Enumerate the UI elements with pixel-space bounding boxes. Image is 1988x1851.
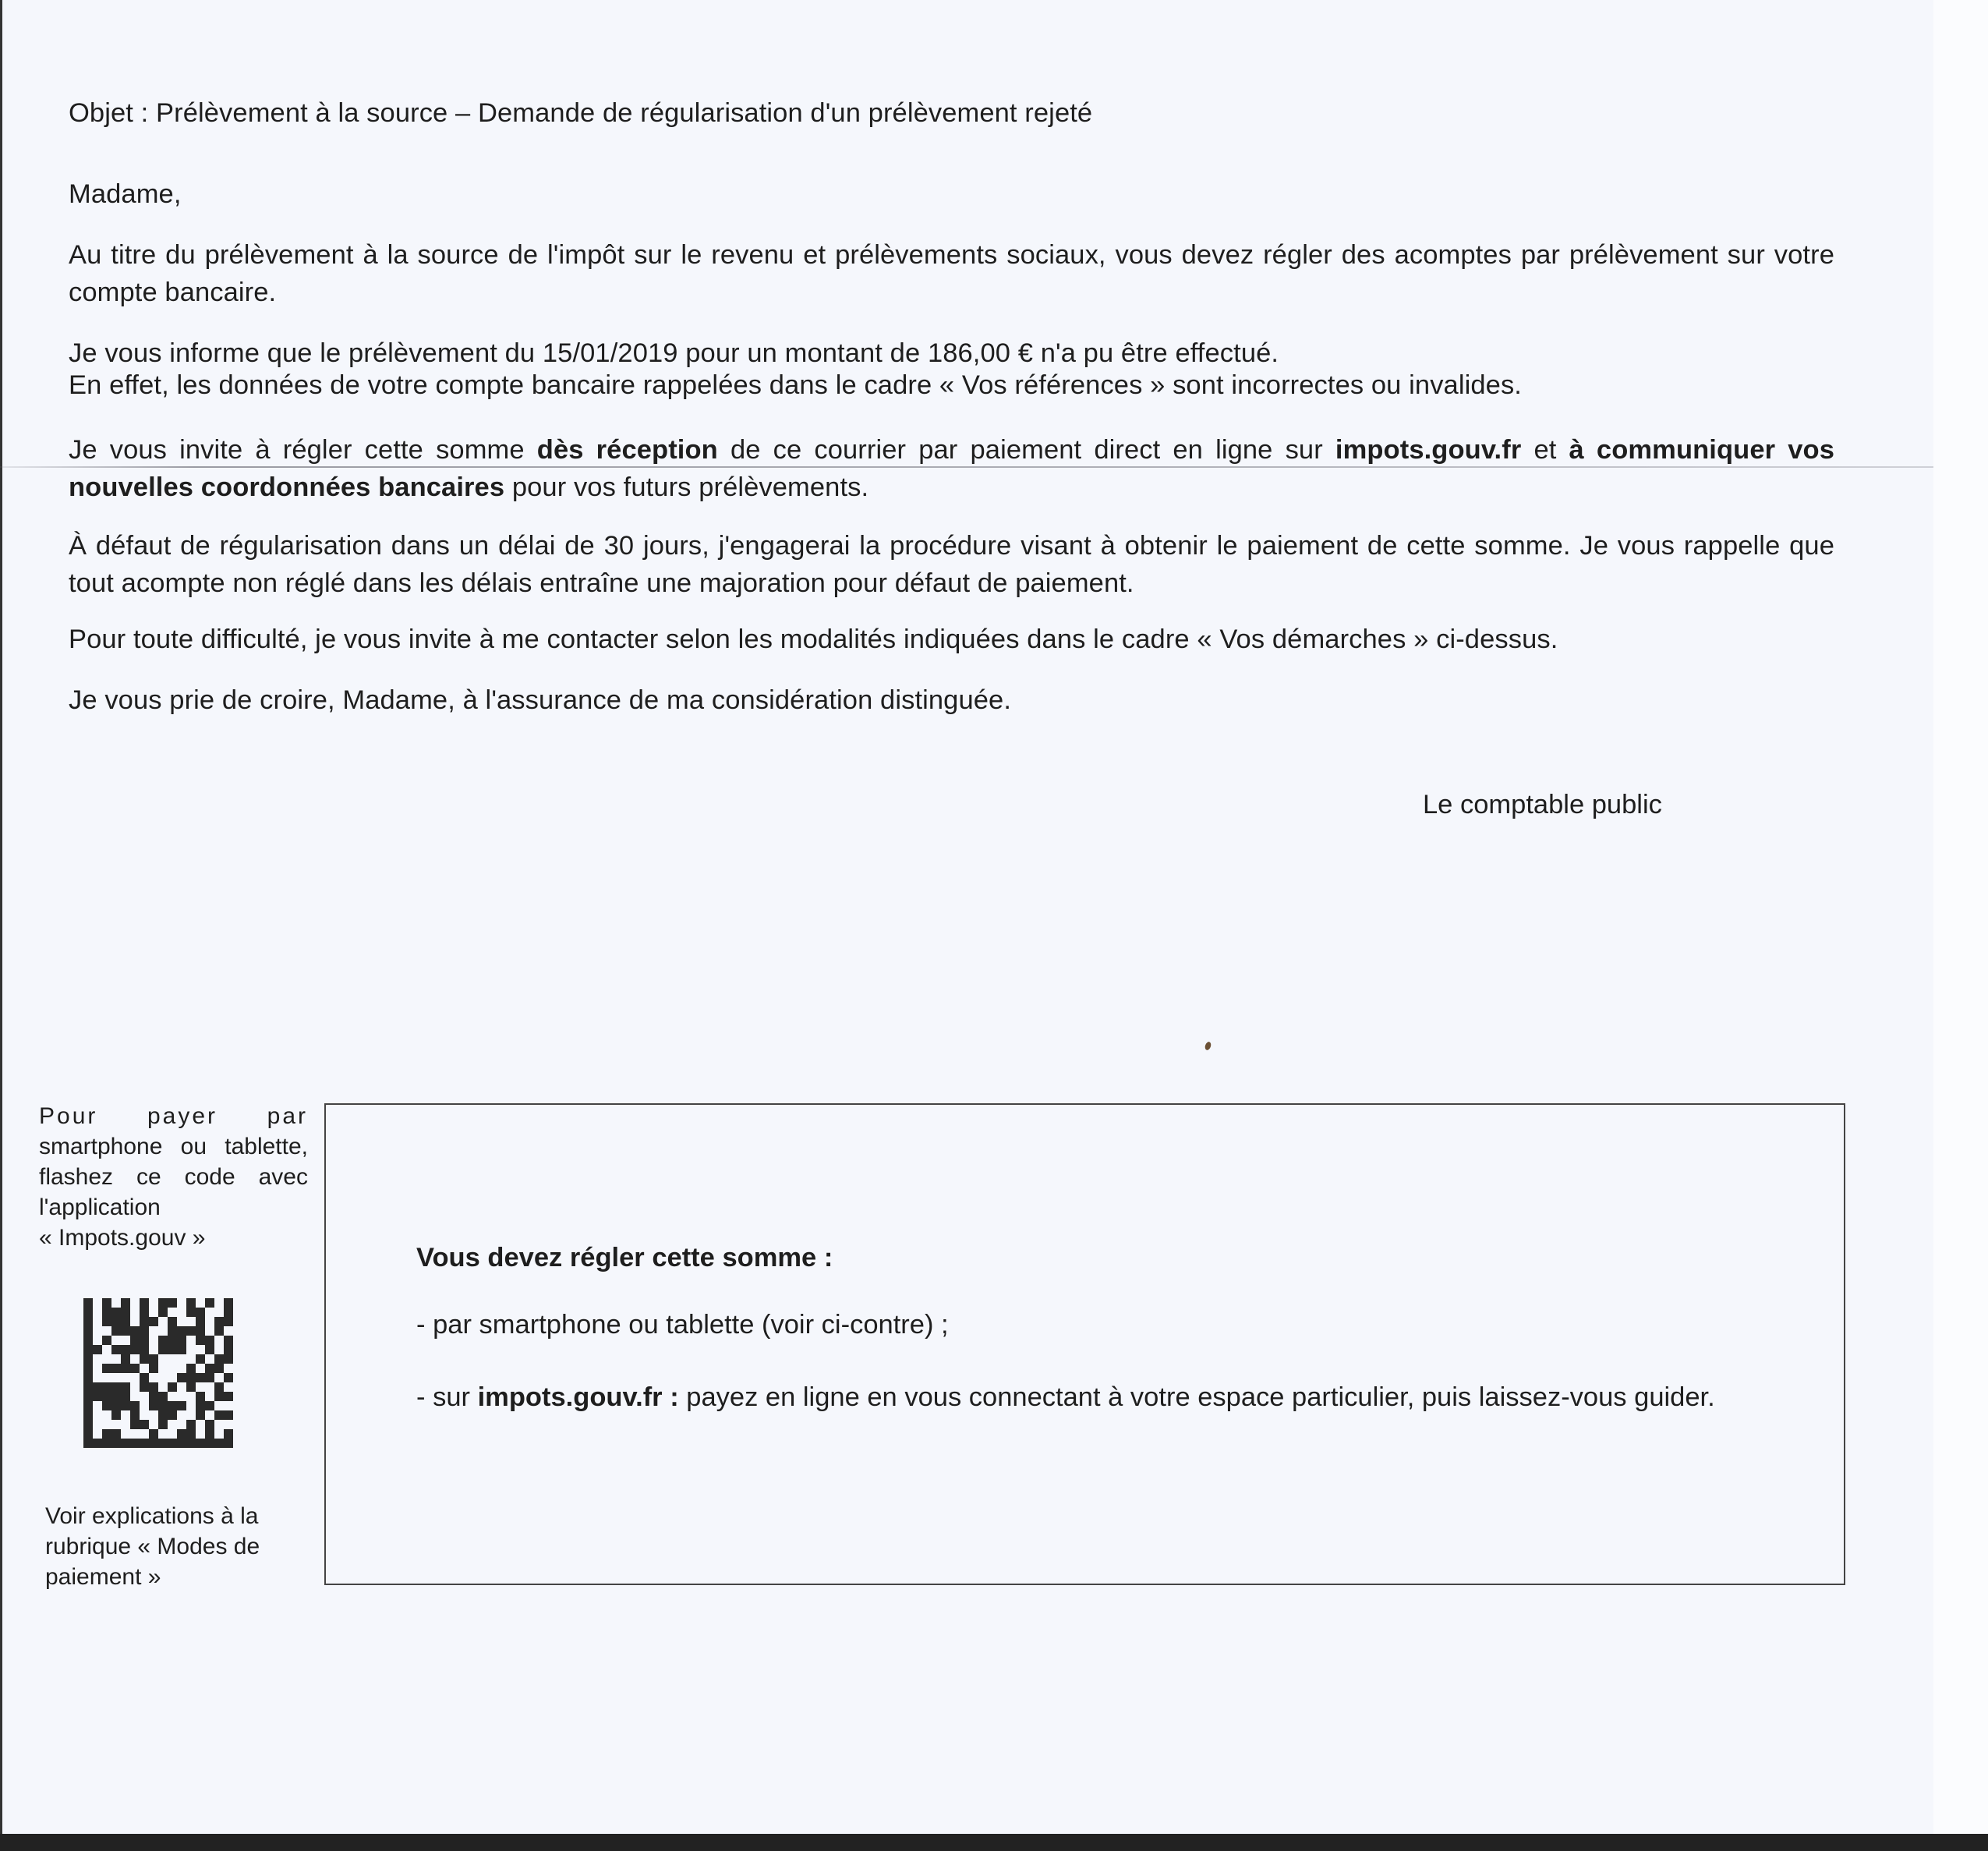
paragraph-2-line-1: Je vous informe que le prélèvement du 15… bbox=[69, 336, 1279, 371]
scan-edge bbox=[0, 0, 2, 1834]
emphasis-des-reception: dès réception bbox=[537, 435, 718, 465]
datamatrix-code-icon bbox=[83, 1298, 233, 1448]
payment-option-online: - sur impots.gouv.fr : payez en ligne en… bbox=[416, 1379, 1757, 1416]
payment-option-smartphone: - par smartphone ou tablette (voir ci-co… bbox=[416, 1310, 949, 1340]
paper-crease-line bbox=[0, 466, 1933, 468]
instruction-line-4: l'application bbox=[39, 1192, 308, 1223]
letter-salutation: Madame, bbox=[69, 177, 182, 212]
paragraph-2-line-2: En effet, les données de votre compte ba… bbox=[69, 368, 1522, 403]
instruction-line-1: Pour payer par bbox=[39, 1101, 308, 1131]
payment-option-text: payez en ligne en vous connectant à votr… bbox=[679, 1382, 1715, 1412]
scan-margin bbox=[1933, 0, 1988, 1834]
instruction-line-5: « Impots.gouv » bbox=[39, 1223, 308, 1253]
paragraph-3-text: pour vos futurs prélèvements. bbox=[504, 472, 868, 502]
signature-comptable-public: Le comptable public bbox=[1423, 790, 1662, 820]
paragraph-3-text: de ce courrier par paiement direct en li… bbox=[718, 435, 1335, 465]
letter-subject: Objet : Prélèvement à la source – Demand… bbox=[69, 96, 1092, 131]
letter-closing: Je vous prie de croire, Madame, à l'assu… bbox=[69, 683, 1011, 718]
payment-box-title: Vous devez régler cette somme : bbox=[416, 1243, 833, 1273]
scanned-letter-page: Objet : Prélèvement à la source – Demand… bbox=[0, 0, 1933, 1834]
instruction-line-3: flashez ce code avec bbox=[39, 1162, 308, 1192]
impots-gouv-link-text: impots.gouv.fr : bbox=[478, 1382, 679, 1412]
payment-instructions-box: Vous devez régler cette somme : - par sm… bbox=[324, 1103, 1845, 1585]
paragraph-3-text: Je vous invite à régler cette somme bbox=[69, 435, 537, 465]
instruction-line-2: smartphone ou tablette, bbox=[39, 1131, 308, 1162]
instruction-word: par bbox=[267, 1101, 308, 1131]
paragraph-1: Au titre du prélèvement à la source de l… bbox=[69, 236, 1834, 311]
impots-gouv-link-text: impots.gouv.fr bbox=[1335, 435, 1521, 465]
paper-speck bbox=[1204, 1041, 1212, 1051]
paragraph-5: Pour toute difficulté, je vous invite à … bbox=[69, 622, 1558, 657]
paragraph-3-text: et bbox=[1521, 435, 1569, 465]
paragraph-4: À défaut de régularisation dans un délai… bbox=[69, 527, 1834, 602]
payment-option-text: - sur bbox=[416, 1382, 478, 1412]
payment-modes-reference: Voir explications à la rubrique « Modes … bbox=[45, 1501, 295, 1592]
smartphone-payment-instructions: Pour payer par smartphone ou tablette, f… bbox=[39, 1101, 308, 1253]
instruction-word: payer bbox=[147, 1101, 218, 1131]
instruction-word: Pour bbox=[39, 1101, 97, 1131]
scanner-bottom-edge bbox=[0, 1834, 1988, 1851]
paragraph-3: Je vous invite à régler cette somme dès … bbox=[69, 431, 1834, 506]
